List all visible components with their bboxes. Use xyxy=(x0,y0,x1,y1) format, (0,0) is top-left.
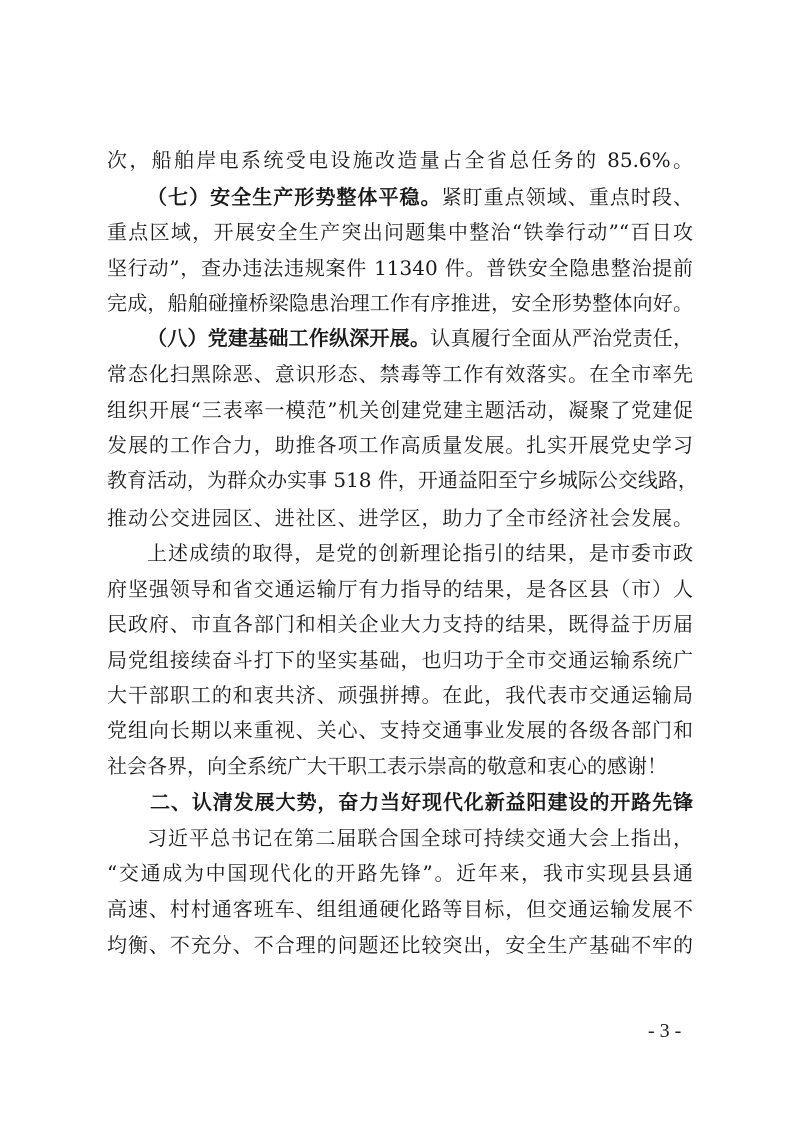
line-text: 组织开展“三表率一模范”机关创建党建主题活动，凝聚了党建促 xyxy=(107,398,693,422)
line-text: 常态化扫黑除恶、意识形态、禁毒等工作有效落实。在全市率先 xyxy=(107,362,693,386)
paragraph-line: 坚行动”，查办违法违规案件 11340 件。普铁安全隐患整治提前 xyxy=(107,250,693,286)
paragraph-line: 上述成绩的取得，是党的创新理论指引的结果，是市委市政 xyxy=(147,535,693,571)
line-text: 民政府、市直各部门和相关企业大力支持的结果，既得益于历届 xyxy=(107,612,693,636)
paragraph-line: 社会各界，向全系统广大干职工表示崇高的敬意和衷心的感谢！ xyxy=(107,748,693,784)
paragraph-line: 教育活动，为群众办实事 518 件，开通益阳至宁乡城际公交线路， xyxy=(107,462,693,498)
line-text: 重点区域，开展安全生产突出问题集中整治“铁拳行动”“百日攻 xyxy=(107,220,693,244)
line-text: 高速、村村通客班车、组组通硬化路等目标，但交通运输发展不 xyxy=(107,897,693,921)
section-8-heading-line: （八）党建基础工作纵深开展。认真履行全面从严治党责任， xyxy=(147,320,693,356)
line-text: 党组向长期以来重视、关心、支持交通事业发展的各级各部门和 xyxy=(107,718,693,742)
paragraph-line: 均衡、不充分、不合理的问题还比较突出，安全生产基础不牢的 xyxy=(107,927,693,963)
line-text: “交通成为中国现代化的开路先锋”。近年来，我市实现县县通 xyxy=(107,861,693,885)
line-text: 发展的工作合力，助推各项工作高质量发展。扎实开展党史学习 xyxy=(107,433,693,457)
line-text: 紧盯重点领域、重点时段、 xyxy=(442,185,693,209)
section-8-title: （八）党建基础工作纵深开展。 xyxy=(147,326,430,350)
paragraph-line: 完成，船舶碰撞桥梁隐患治理工作有序推进，安全形势整体向好。 xyxy=(107,285,693,321)
paragraph-line: 党组向长期以来重视、关心、支持交通事业发展的各级各部门和 xyxy=(107,712,693,748)
paragraph-line: 大干部职工的和衷共济、顽强拼搏。在此，我代表市交通运输局 xyxy=(107,677,693,713)
paragraph-line: 府坚强领导和省交通运输厅有力指导的结果，是各区县（市）人 xyxy=(107,571,693,607)
paragraph-line: 习近平总书记在第二届联合国全球可持续交通大会上指出， xyxy=(147,820,693,856)
section-7-heading-line: （七）安全生产形势整体平稳。紧盯重点领域、重点时段、 xyxy=(147,179,693,215)
document-page: 次，船舶岸电系统受电设施改造量占全省总任务的 85.6%。 （七）安全生产形势整… xyxy=(0,0,793,1122)
line-text: 府坚强领导和省交通运输厅有力指导的结果，是各区县（市）人 xyxy=(107,577,693,601)
section-7-title: （七）安全生产形势整体平稳。 xyxy=(147,185,442,209)
line-text: 坚行动”，查办违法违规案件 11340 件。普铁安全隐患整治提前 xyxy=(107,256,693,280)
line-text: 推动公交进园区、进社区、进学区，助力了全市经济社会发展。 xyxy=(107,506,693,530)
paragraph-line: “交通成为中国现代化的开路先锋”。近年来，我市实现县县通 xyxy=(107,855,693,891)
line-text: 上述成绩的取得，是党的创新理论指引的结果，是市委市政 xyxy=(147,541,693,565)
paragraph-line: 推动公交进园区、进社区、进学区，助力了全市经济社会发展。 xyxy=(107,500,693,536)
paragraph-line: 局党组接续奋斗打下的坚实基础，也归功于全市交通运输系统广 xyxy=(107,642,693,678)
page-number: - 3 - xyxy=(648,1020,681,1043)
paragraph-line: 次，船舶岸电系统受电设施改造量占全省总任务的 85.6%。 xyxy=(107,142,693,178)
section-2-heading: 二、认清发展大势，奋力当好现代化新益阳建设的开路先锋 xyxy=(150,784,693,820)
line-text: 大干部职工的和衷共济、顽强拼搏。在此，我代表市交通运输局 xyxy=(107,683,693,707)
line-text: 局党组接续奋斗打下的坚实基础，也归功于全市交通运输系统广 xyxy=(107,648,693,672)
line-text: 习近平总书记在第二届联合国全球可持续交通大会上指出， xyxy=(147,826,693,850)
line-text: 认真履行全面从严治党责任， xyxy=(430,326,693,350)
line-text: 均衡、不充分、不合理的问题还比较突出，安全生产基础不牢的 xyxy=(107,933,693,957)
paragraph-line: 高速、村村通客班车、组组通硬化路等目标，但交通运输发展不 xyxy=(107,891,693,927)
paragraph-line: 常态化扫黑除恶、意识形态、禁毒等工作有效落实。在全市率先 xyxy=(107,356,693,392)
line-text: 社会各界，向全系统广大干职工表示崇高的敬意和衷心的感谢！ xyxy=(107,754,667,778)
section-2-title: 二、认清发展大势，奋力当好现代化新益阳建设的开路先锋 xyxy=(150,790,693,814)
line-text: 教育活动，为群众办实事 518 件，开通益阳至宁乡城际公交线路， xyxy=(107,468,698,492)
paragraph-line: 发展的工作合力，助推各项工作高质量发展。扎实开展党史学习 xyxy=(107,427,693,463)
paragraph-line: 组织开展“三表率一模范”机关创建党建主题活动，凝聚了党建促 xyxy=(107,392,693,428)
paragraph-line: 重点区域，开展安全生产突出问题集中整治“铁拳行动”“百日攻 xyxy=(107,214,693,250)
line-text: 次，船舶岸电系统受电设施改造量占全省总任务的 85.6%。 xyxy=(107,148,693,172)
paragraph-line: 民政府、市直各部门和相关企业大力支持的结果，既得益于历届 xyxy=(107,606,693,642)
line-text: 完成，船舶碰撞桥梁隐患治理工作有序推进，安全形势整体向好。 xyxy=(107,291,693,315)
